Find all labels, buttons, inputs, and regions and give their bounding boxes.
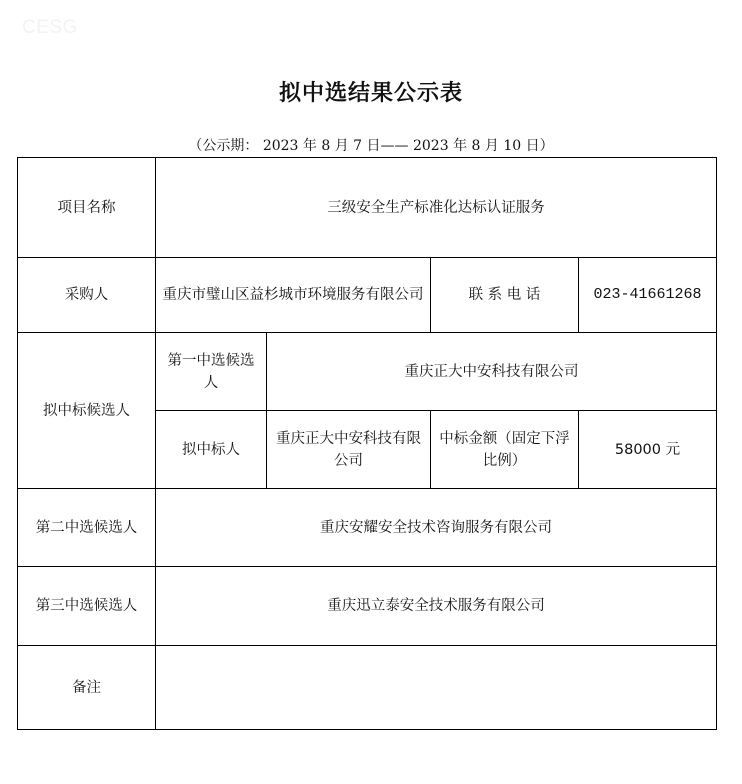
page-title: 拟中选结果公示表 — [0, 76, 742, 107]
second-candidate-label: 第二中选候选人 — [18, 489, 156, 567]
winner-label: 拟中标人 — [156, 411, 267, 489]
first-candidate-label: 第一中选候选人 — [156, 333, 267, 411]
result-table: 项目名称 三级安全生产标准化达标认证服务 采购人 重庆市璧山区益杉城市环境服务有… — [17, 157, 717, 730]
candidate-label: 拟中标候选人 — [18, 333, 156, 489]
contact-label: 联 系 电 话 — [431, 258, 579, 333]
first-candidate-value: 重庆正大中安科技有限公司 — [267, 333, 717, 411]
project-label: 项目名称 — [18, 158, 156, 258]
winner-value: 重庆正大中安科技有限公司 — [267, 411, 431, 489]
row-second-candidate: 第二中选候选人 重庆安耀安全技术咨询服务有限公司 — [18, 489, 717, 567]
purchaser-value: 重庆市璧山区益杉城市环境服务有限公司 — [156, 258, 431, 333]
remarks-label: 备注 — [18, 646, 156, 730]
row-purchaser: 采购人 重庆市璧山区益杉城市环境服务有限公司 联 系 电 话 023-41661… — [18, 258, 717, 333]
amount-value: 58000 元 — [579, 411, 717, 489]
third-candidate-label: 第三中选候选人 — [18, 567, 156, 646]
contact-phone: 023-41661268 — [579, 258, 717, 333]
project-value: 三级安全生产标准化达标认证服务 — [156, 158, 717, 258]
third-candidate-value: 重庆迅立泰安全技术服务有限公司 — [156, 567, 717, 646]
row-remarks: 备注 — [18, 646, 717, 730]
second-candidate-value: 重庆安耀安全技术咨询服务有限公司 — [156, 489, 717, 567]
row-project: 项目名称 三级安全生产标准化达标认证服务 — [18, 158, 717, 258]
purchaser-label: 采购人 — [18, 258, 156, 333]
publicity-period: （公示期： 2023 年 8 月 7 日—— 2023 年 8 月 10 日） — [0, 135, 742, 155]
amount-label: 中标金额（固定下浮比例） — [431, 411, 579, 489]
remarks-value — [156, 646, 717, 730]
row-third-candidate: 第三中选候选人 重庆迅立泰安全技术服务有限公司 — [18, 567, 717, 646]
watermark: CESG — [22, 17, 78, 39]
row-first-candidate: 拟中标候选人 第一中选候选人 重庆正大中安科技有限公司 — [18, 333, 717, 411]
